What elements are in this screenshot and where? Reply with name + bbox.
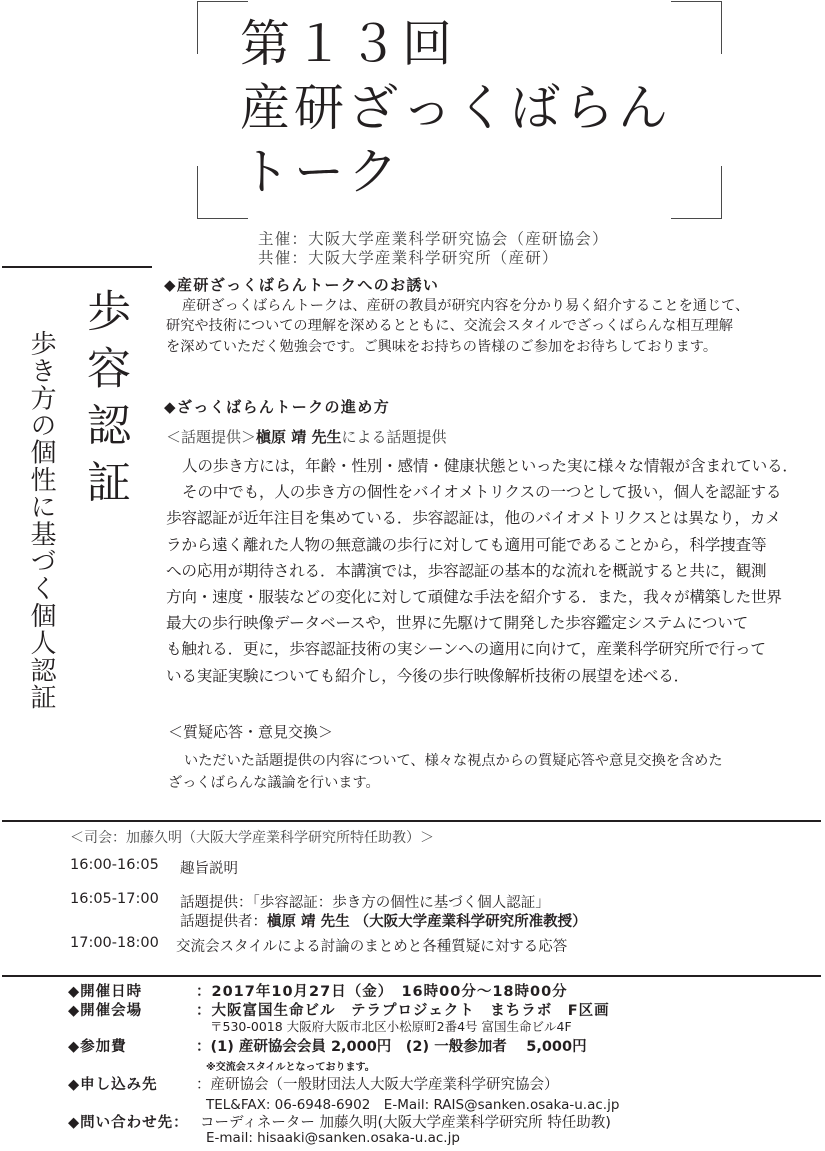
inquiry-value: コーディネーター 加藤久明(大阪大学産業科学研究所 特任助教) [200, 1111, 611, 1132]
abstract-line: その中でも，人の歩き方の個性をバイオメトリクスの一つとして扱い，個人を認証する [166, 479, 798, 505]
abstract-line: への応用が期待される．本講演では，歩容認証の基本的な流れを概説すると共に，観測 [166, 558, 798, 584]
invitation-text: 産研ざっくばらんトークは、産研の教員が研究内容を分かり易く紹介することを通じて、… [166, 296, 749, 357]
info-divider [2, 975, 821, 977]
apply-label: ◆申し込み先 [68, 1073, 158, 1094]
inquiry-label: ◆問い合わせ先： [68, 1111, 189, 1132]
date-value: ：2017年10月27日（金） 16時00分～18時00分 [196, 980, 568, 1001]
cohost-organizer: 共催：大阪大学産業科学研究所（産研） [258, 246, 559, 268]
abstract-line: 人の歩き方には，年齢・性別・感情・健康状態といった実に様々な情報が含まれている． [166, 453, 798, 479]
speaker-detail: 槇原 靖 先生 （大阪大学産業科学研究所准教授） [267, 914, 587, 930]
abstract-line: 歩容認証が近年注目を集めている．歩容認証は，他のバイオメトリクスとは異なり，カメ [166, 505, 798, 531]
schedule-text: 交流会スタイルによる討論のまとめと各種質疑に対する応答 [176, 935, 567, 956]
topic-line: ＜話題提供＞槇原 靖 先生による話題提供 [166, 427, 446, 447]
schedule-text: 趣旨説明 [180, 857, 238, 878]
invitation-heading: ◆産研ざっくばらんトークへのお誘い [164, 274, 439, 295]
date-label: ◆開催日時 [68, 980, 142, 1001]
apply-contact: TEL&FAX: 06-6948-6902 E-Mail: RAIS@sanke… [206, 1093, 619, 1113]
venue-address: 〒530-0018 大阪府大阪市北区小松原町2番4号 富国生命ビル4F [210, 1017, 572, 1035]
qa-heading: ＜質疑応答・意見交換＞ [168, 722, 333, 742]
fee-value: ：(1) 産研協会会員 2,000円 (2) 一般参加者 5,000円 [196, 1035, 587, 1056]
left-divider [2, 266, 152, 268]
side-main-title: 歩容認証 [72, 288, 132, 516]
topic-prefix: ＜話題提供＞ [166, 428, 256, 446]
fee-note: ※交流会スタイルとなっております。 [206, 1058, 375, 1073]
format-heading: ◆ざっくばらんトークの進め方 [164, 396, 390, 417]
abstract-line: 方向・速度・服装などの変化に対して頑健な手法を紹介する．また，我々が構築した世界 [166, 584, 798, 610]
qa-line: いただいた話題提供の内容について、様々な視点からの質疑応答や意見交換を含めた [168, 750, 723, 772]
abstract-line: いる実証実験についても紹介し，今後の歩行映像解析技術の展望を述べる． [166, 663, 798, 689]
apply-value: ：産研協会（一般財団法人大阪大学産業科学研究協会） [196, 1073, 559, 1094]
title-line-2: 産研ざっくばらん [240, 80, 672, 136]
schedule-time: 17:00-18:00 [70, 935, 159, 951]
qa-text: いただいた話題提供の内容について、様々な視点からの質疑応答や意見交換を含めた ざ… [168, 750, 723, 794]
schedule-speaker: 話題提供者：槇原 靖 先生 （大阪大学産業科学研究所准教授） [180, 910, 587, 931]
venue-label: ◆開催会場 [68, 999, 142, 1020]
schedule-divider [2, 820, 821, 822]
side-subtitle: 歩き方の個性に基づく個人認証 [22, 330, 58, 711]
title-line-1: 第１３回 [240, 16, 456, 72]
schedule-time: 16:00-16:05 [70, 857, 159, 873]
schedule-text: 話題提供：「歩容認証：歩き方の個性に基づく個人認証」 [180, 891, 550, 912]
speaker-label: 話題提供者： [180, 914, 267, 930]
invitation-line: 研究や技術についての理解を深めるとともに、交流会スタイルでざっくばらんな相互理解 [166, 316, 749, 336]
abstract-line: 最大の歩行映像データベースや，世界に先駆けて開発した歩容鑑定システムについて [166, 610, 798, 636]
schedule-time: 16:05-17:00 [70, 891, 159, 907]
moderator: ＜司会：加藤久明（大阪大学産業科学研究所特任助教）＞ [70, 827, 434, 847]
bracket-bottom-right [671, 166, 722, 219]
qa-line: ざっくばらんな議論を行います。 [168, 772, 723, 794]
fee-label: ◆参加費 [68, 1035, 127, 1056]
topic-suffix: による話題提供 [341, 428, 446, 446]
abstract: 人の歩き方には，年齢・性別・感情・健康状態といった実に様々な情報が含まれている．… [166, 453, 798, 689]
abstract-line: ラから遠く離れた人物の無意識の歩行に対しても適用可能であることから，科学捜査等 [166, 532, 798, 558]
speaker-name: 槇原 靖 先生 [256, 428, 341, 446]
invitation-line: 産研ざっくばらんトークは、産研の教員が研究内容を分かり易く紹介することを通じて、 [166, 296, 749, 316]
title-line-3: トーク [240, 144, 402, 200]
invitation-line: を深めていただく勉強会です。ご興味をお持ちの皆様のご参加をお待ちしております。 [166, 337, 749, 357]
abstract-line: も触れる．更に，歩容認証技術の実シーンへの適用に向けて，産業科学研究所で行って [166, 636, 798, 662]
bracket-top-right [671, 1, 722, 54]
inquiry-email: E-mail: hisaaki@sanken.osaka-u.ac.jp [206, 1130, 460, 1146]
